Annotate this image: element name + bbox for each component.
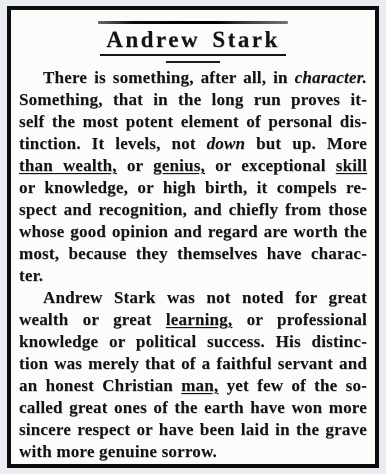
text-line: an honest Christian man, yet few of the …: [19, 375, 367, 397]
article-title: Andrew Stark: [100, 27, 286, 56]
decorative-rule-under-title: [166, 61, 220, 63]
text-line: most, because they themselves have chara…: [19, 243, 367, 265]
text-line: Andrew Stark was not noted for great: [19, 287, 367, 309]
text-line: whose good opinion and regard are worth …: [19, 221, 367, 243]
text-line: sincere respect or have been laid in the…: [19, 419, 367, 441]
scan-background: Andrew Stark There is something, after a…: [0, 0, 386, 474]
text-line: wealth or great learning, or professiona…: [19, 309, 367, 331]
paragraph-2: Andrew Stark was not noted for great wea…: [19, 287, 367, 463]
text-line: ter.: [19, 265, 367, 287]
decorative-rule-top: [98, 21, 288, 24]
paragraph-1: There is something, after all, in charac…: [19, 67, 367, 287]
text-line: knowledge or political success. His dist…: [19, 331, 367, 353]
article-body: There is something, after all, in charac…: [19, 67, 367, 463]
text-line: tion was merely that of a faithful serva…: [19, 353, 367, 375]
text-line: or knowledge, or high birth, it compels …: [19, 177, 367, 199]
text-line: spect and recognition, and chiefly from …: [19, 199, 367, 221]
clipping-frame: Andrew Stark There is something, after a…: [7, 6, 379, 468]
text-line: called great ones of the earth have won …: [19, 397, 367, 419]
text-line: tinction. It levels, not down but up. Mo…: [19, 133, 367, 155]
text-line: self the most potent element of personal…: [19, 111, 367, 133]
text-line: with more genuine sorrow.: [19, 441, 367, 463]
masthead: Andrew Stark: [19, 21, 367, 63]
text-line: Something, that in the long run proves i…: [19, 89, 367, 111]
text-line: There is something, after all, in charac…: [19, 67, 367, 89]
text-line: than wealth, or genius, or exceptional s…: [19, 155, 367, 177]
